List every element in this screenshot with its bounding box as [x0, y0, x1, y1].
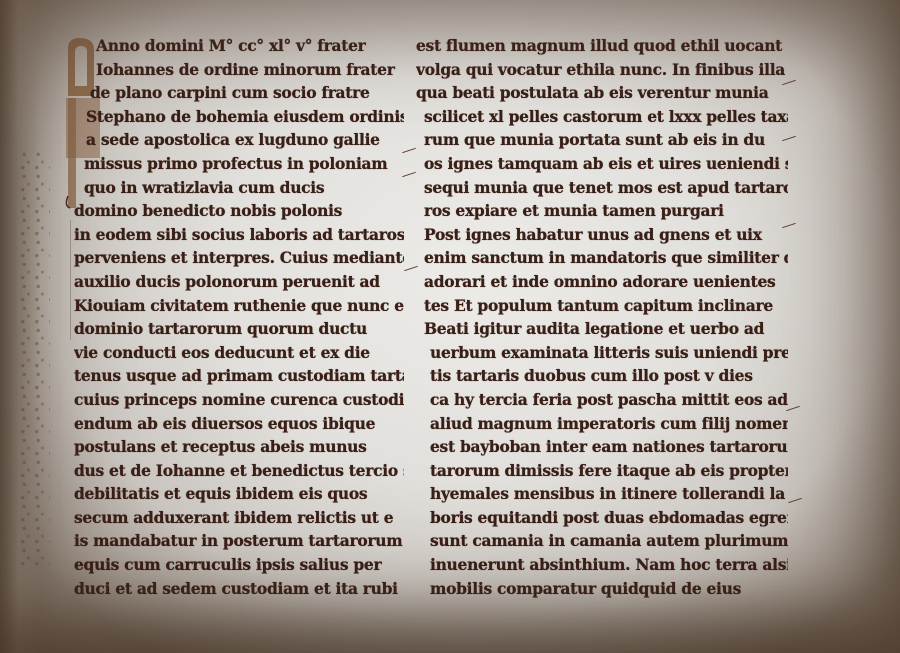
text-line: uerbum examinata litteris suis uniendi p… — [416, 341, 788, 365]
line-filler-mark — [402, 148, 416, 153]
text-line: ros expiare et munia tamen purgari — [416, 199, 788, 223]
text-line: debilitatis et equis ibidem eis quos — [74, 482, 404, 506]
foxing-specks — [20, 150, 50, 570]
text-line: perveniens et interpres. Cuius mediante — [74, 246, 404, 270]
text-line: est flumen magnum illud quod ethil uocan… — [416, 34, 788, 58]
text-line: equis cum carruculis ipsis salius per — [74, 553, 404, 577]
text-line: adorari et inde omnino adorare uenientes — [416, 270, 788, 294]
text-line: in eodem sibi socius laboris ad tartaros — [74, 223, 404, 247]
text-line: tis tartaris duobus cum illo post v dies — [416, 364, 788, 388]
text-line: Iohannes de ordine minorum frater — [74, 58, 404, 82]
text-line: tarorum dimissis fere itaque ab eis prop… — [416, 459, 788, 483]
text-line: tes Et populum tantum capitum inclinare — [416, 294, 788, 318]
text-line: qua beati postulata ab eis verentur muni… — [416, 81, 788, 105]
text-line: scilicet xl pelles castorum et lxxx pell… — [416, 105, 788, 129]
line-filler-mark — [788, 498, 802, 503]
text-line: Anno domini M° cc° xl° v° frater — [74, 34, 404, 58]
text-line: postulans et receptus abeis munus — [74, 435, 404, 459]
text-line: rum que munia portata sunt ab eis in du — [416, 128, 788, 152]
text-line: Kiouiam civitatem ruthenie que nunc est … — [74, 294, 404, 318]
text-line: dominio tartarorum quorum ductu — [74, 317, 404, 341]
text-line: auxilio ducis polonorum peruenit ad — [74, 270, 404, 294]
left-column: Anno domini M° cc° xl° v° frater Iohanne… — [74, 34, 404, 600]
text-line: vie conducti eos deducunt et ex die — [74, 341, 404, 365]
line-filler-mark — [402, 172, 416, 177]
right-column: est flumen magnum illud quod ethil uocan… — [416, 34, 788, 600]
text-line: a sede apostolica ex lugduno gallie — [74, 128, 404, 152]
text-line: os ignes tamquam ab eis et uires ueniend… — [416, 152, 788, 176]
text-line: secum adduxerant ibidem relictis ut e — [74, 506, 404, 530]
text-line: Post ignes habatur unus ad gnens et uix — [416, 223, 788, 247]
text-line: endum ab eis diuersos equos ibique — [74, 412, 404, 436]
manuscript-page: Anno domini M° cc° xl° v° frater Iohanne… — [0, 0, 900, 653]
text-line: est bayboban inter eam nationes tartaror… — [416, 435, 788, 459]
text-line: mobilis comparatur quidquid de eius — [416, 577, 788, 601]
text-line: missus primo profectus in poloniam — [74, 152, 404, 176]
text-line: aliud magnum imperatoris cum filij nomen — [416, 412, 788, 436]
text-line: inuenerunt absinthium. Nam hoc terra als… — [416, 553, 788, 577]
ruling-line — [70, 220, 71, 340]
text-line: de plano carpini cum socio fratre — [74, 81, 404, 105]
text-line: Stephano de bohemia eiusdem ordinis — [74, 105, 404, 129]
text-line: sunt camania in camania autem plurimum — [416, 529, 788, 553]
text-line: volga qui vocatur ethila nunc. In finibu… — [416, 58, 788, 82]
text-line: boris equitandi post duas ebdomadas egre… — [416, 506, 788, 530]
text-line: cuius princeps nomine curenca custodi — [74, 388, 404, 412]
text-line: duci et ad sedem custodiam et ita rubi — [74, 577, 404, 601]
text-line: hyemales mensibus in itinere tollerandi … — [416, 482, 788, 506]
text-line: ca hy tercia feria post pascha mittit eo… — [416, 388, 788, 412]
text-line: dus et de Iohanne et benedictus tercio s… — [74, 459, 404, 483]
text-line: sequi munia que tenet mos est apud tarta… — [416, 176, 788, 200]
line-filler-mark — [786, 406, 800, 411]
text-line: tenus usque ad primam custodiam tartaror… — [74, 364, 404, 388]
text-line: enim sanctum in mandatoris que similiter… — [416, 246, 788, 270]
text-line: Beati igitur audita legatione et uerbo a… — [416, 317, 788, 341]
text-line: domino benedicto nobis polonis — [74, 199, 404, 223]
text-line: is mandabatur in posterum tartarorum — [74, 529, 404, 553]
text-line: quo in wratizlavia cum ducis — [74, 176, 404, 200]
